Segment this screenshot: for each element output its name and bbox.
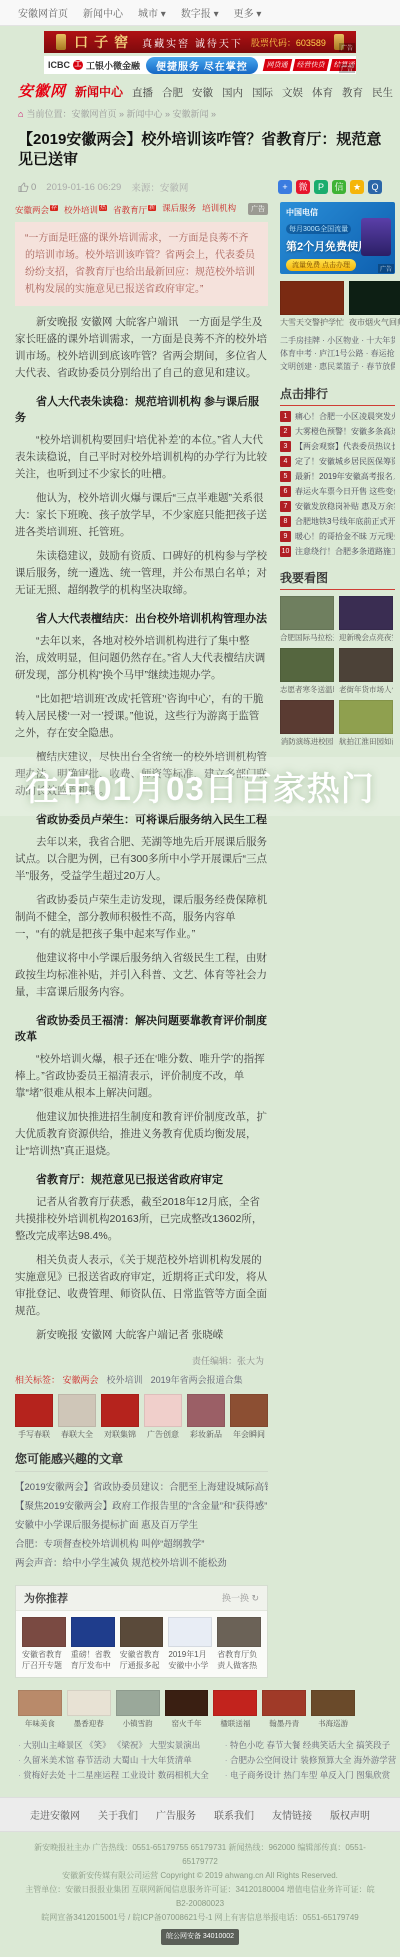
share-icon[interactable]: P — [314, 180, 328, 194]
ranking-item[interactable]: 2 大雾橙色预警！安徽多条高速临时封闭 — [280, 426, 395, 437]
bottom-link-row[interactable]: 大别山主峰景区 《笑》 《梁祝》 大型实景演出 — [18, 1738, 209, 1753]
rank-section-title: 点击排行 — [280, 385, 395, 406]
breadcrumb: ⌂当前位置：安徽网首页 » 新闻中心 » 安徽新闻 » — [0, 101, 400, 122]
thumbnail-caption: 手写春联 — [15, 1429, 53, 1440]
topbar-link[interactable]: 新闻中心 — [83, 5, 123, 20]
ranking-item[interactable]: 5 最新！2019年安徽高考报名人数超51万 — [280, 471, 395, 482]
video-thumbnail — [280, 281, 344, 315]
thumbnail-caption: 年味美食 — [18, 1718, 62, 1729]
recommend-item[interactable]: 省教育厅负责人做客热线回应热点话题 — [217, 1617, 261, 1671]
bottom-link-row[interactable]: 合肥办公空间设计 装修预算大全 海外游学营 — [225, 1753, 396, 1768]
article-subhead: 省人大代表檀结庆：出台校外培训机构管理办法 — [15, 610, 268, 626]
bottom-link-row[interactable]: 特色小吃 春节大餐 经典笑话大全 搞笑段子 — [225, 1738, 396, 1753]
ranking-item[interactable]: 9 暖心！的哥拾金不昧 万元现金物归原主 — [280, 531, 395, 542]
rank-number-badge: 3 — [280, 441, 291, 452]
ad-brand: 口子窖 — [74, 32, 134, 52]
tag-badge-icon: 荐 — [50, 205, 58, 211]
ad-slogan: 真藏实窖 诚待天下 — [142, 35, 243, 50]
thumbnail-image — [339, 648, 393, 682]
tag-badge-icon: 热 — [99, 205, 107, 211]
thumbnail-caption: 合肥国际马拉松开跑 — [280, 632, 334, 643]
thumbnail-image — [116, 1690, 160, 1716]
video-caption: 大雪天交警护学忙 — [280, 317, 344, 328]
bottom-photo-item[interactable]: 年味美食 — [18, 1690, 62, 1729]
sidebar-quick-links: 二手房挂牌 · 小区物业 · 十大年货清单体育中考 · 庐江1号公路 · 春运抢… — [280, 334, 395, 373]
sidebar-photo-item[interactable]: 航拍江淮田园如画 — [339, 700, 393, 747]
ad-product-tag: 经营快贷 — [293, 59, 330, 71]
bottom-photo-item[interactable]: 翰墨丹青 — [262, 1690, 306, 1729]
recommend-title: 为你推荐 — [24, 1590, 68, 1606]
telecom-logo: 中国电信 — [286, 207, 389, 218]
thumbnail-image — [230, 1394, 268, 1427]
topbar-link[interactable]: 数字报 ▾ — [181, 5, 219, 20]
copyright-line: 皖网宣备3412015001号 / 皖ICP备07008621号-1 网上有害信… — [22, 1911, 378, 1925]
article-paragraph: 新安晚报 安徽网 大皖客户端讯 一方面是学生及家长旺盛的课外培训需求，一方面是良… — [15, 314, 268, 382]
page-title: 【2019安徽两会】校外培训该咋管？省教育厅：规范意见已送审 — [18, 130, 382, 170]
share-icon[interactable]: 微 — [296, 180, 310, 194]
sidebar: 中国电信 每月300G全国流量 第2个月免费使用 流量免费 点击办理 广告 大雪… — [280, 202, 395, 1678]
publish-date: 2019-01-16 06:29 — [46, 182, 121, 193]
footer-nav-link[interactable]: 版权声明 — [330, 1807, 370, 1822]
bottom-links-left: 大别山主峰景区 《笑》 《梁祝》 大型实景演出久留米美术馆 春节活动 大蜀山 十… — [18, 1738, 209, 1783]
rank-number-badge: 8 — [280, 516, 291, 527]
thumbnail-image — [71, 1617, 115, 1647]
thumbnail-image — [187, 1394, 225, 1427]
rank-number-badge: 7 — [280, 501, 291, 512]
ad-cta-button[interactable]: 流量免费 点击办理 — [286, 259, 356, 271]
bottom-link-row[interactable]: 赏梅好去处 十二星座运程 工业设计 数码相机大全 — [18, 1768, 209, 1783]
thumbnail-caption: 老街年货市场人气旺 — [339, 684, 393, 695]
thumbnail-caption: 年会瞬间 — [230, 1429, 268, 1440]
article-subhead: 省政协委员王福清：解决问题要靠教育评价制度改革 — [15, 1012, 268, 1044]
thumbnail-caption: 广告创意 — [144, 1429, 182, 1440]
article-paragraph: 新安晚报 安徽网 大皖客户端记者 张晓嵘 — [15, 1327, 268, 1344]
video-item[interactable]: 夜市烟火气回归 — [349, 281, 400, 328]
article-paragraph: “校外培训机构要回归‘培优补差’的本位。”省人大代表朱读稳说，自己平时对校外培训… — [15, 432, 268, 483]
thumbnail-caption: 省教育厅负责人做客热线回应热点话题 — [217, 1649, 261, 1671]
share-icon[interactable]: ★ — [350, 180, 364, 194]
thumbnail-image — [213, 1690, 257, 1716]
tag-badge-icon: 新 — [148, 205, 156, 211]
article-paragraph: “校外培训火爆，根子还在‘唯分数、唯升学’的指挥棒上。”省政协委员王福清表示，评… — [15, 1051, 268, 1102]
bottom-photo-item[interactable]: 小镇雪韵 — [116, 1690, 160, 1729]
site-logo[interactable]: 安徽网 — [18, 80, 66, 101]
refresh-button[interactable]: 换一换 ↻ — [222, 1591, 259, 1604]
sidebar-photo-grid: 合肥国际马拉松开跑 迎新晚会点亮夜空 志愿者寒冬送温暖 老街年货 — [280, 596, 395, 747]
article-paragraph: 他建议将中小学课后服务纳入省级民生工程，由财政按生均标准补贴，并引入科普、文艺、… — [15, 950, 268, 1001]
article-subhead: 省教育厅：规范意见已报送省政府审定 — [15, 1171, 268, 1187]
bottom-photo-item[interactable]: 墨香迎春 — [67, 1690, 111, 1729]
rank-number-badge: 9 — [280, 531, 291, 542]
hot-tag-link[interactable]: 省教育厅新 — [113, 202, 156, 216]
ranking-item[interactable]: 6 春运火车票今日开售 这些变化要知道 — [280, 486, 395, 497]
gov-badge: 皖公网安备 34010002 — [161, 1929, 239, 1945]
news-center-link[interactable]: 新闻中心 — [75, 83, 123, 100]
article-body: 新安晚报 安徽网 大皖客户端讯 一方面是学生及家长旺盛的课外培训需求，一方面是良… — [15, 314, 268, 1344]
recommend-item[interactable]: 2019年1月安徽中小学寒假时间定了 — [168, 1617, 212, 1671]
article-paragraph: 他建议加快推进招生制度和教育评价制度改革，扩大优质教育资源供给，推进义务教育优质… — [15, 1109, 268, 1160]
thumbnail-image — [168, 1617, 212, 1647]
tag-ad-badge: 广告 — [248, 203, 268, 215]
ranking-item[interactable]: 7 安徽发放稳岗补贴 惠及万余家企业 — [280, 501, 395, 512]
related-tags-label: 相关标签： — [15, 1375, 60, 1385]
video-thumbnail — [349, 281, 400, 315]
rank-number-badge: 6 — [280, 486, 291, 497]
interest-section-title: 您可能感兴趣的文章 — [15, 1450, 268, 1472]
thumbnail-caption: 志愿者寒冬送温暖 — [280, 684, 334, 695]
ad-banner-kouzijiao[interactable]: 口子窖 真藏实窖 诚待天下 股票代码：603589 广告 — [44, 31, 356, 53]
recommend-card: 为你推荐 换一换 ↻ 安徽省教育厅召开专题会议部署近期重点工作 重磅！省教育厅发… — [15, 1585, 268, 1678]
bottom-links-right: 特色小吃 春节大餐 经典笑话大全 搞笑段子合肥办公空间设计 装修预算大全 海外游… — [225, 1738, 396, 1783]
nav-item[interactable]: 国际 — [252, 85, 273, 100]
sidebar-ad-telecom[interactable]: 中国电信 每月300G全国流量 第2个月免费使用 流量免费 点击办理 广告 — [280, 202, 395, 274]
related-photo-item[interactable]: 广告创意 — [144, 1394, 182, 1440]
ad-tag: 广告 — [378, 264, 394, 273]
nav-item[interactable]: 教育 — [342, 85, 363, 100]
page: 安徽网首页新闻中心城市 ▾数字报 ▾更多 ▾ 口子窖 真藏实窖 诚待天下 股票代… — [0, 0, 400, 1957]
footer-nav-link[interactable]: 联系我们 — [214, 1807, 254, 1822]
click-ranking-list: 1 痛心！合肥一小区凌晨突发火灾 多人紧急疏散 2 大雾橙色预警！安徽多条高速临… — [280, 411, 395, 557]
quick-link-row[interactable]: 文明创建 · 惠民菜篮子 · 春节放假 — [280, 360, 395, 373]
nav-item[interactable]: 体育 — [312, 85, 333, 100]
like-count: 0 — [31, 182, 36, 193]
copyright-block: 新安晚报社主办 广告热线：0551-65179755 65179731 新闻热线… — [0, 1832, 400, 1957]
article-meta: 0 2019-01-16 06:29 来源：安徽网 +微P信★Q — [0, 172, 400, 194]
recommend-item[interactable]: 重磅！省教育厅发布中小学招生入学最新通知 — [71, 1617, 115, 1671]
article-paragraph: 去年以来，我省合肥、芜湖等地先后开展课后服务试点。以合肥为例，已有300多所中小… — [15, 834, 268, 885]
related-photo-item[interactable]: 对联集锦 — [101, 1394, 139, 1440]
related-photo-item[interactable]: 春联大全 — [58, 1394, 96, 1440]
photos-section-title: 我要看图 — [280, 569, 395, 590]
ranking-item[interactable]: 3 【两会观察】代表委员热议长三角一体化 — [280, 441, 395, 452]
article-paragraph: 朱读稳建议，鼓励有资质、口碑好的机构参与学校课后服务，统一遴选、统一管理，并公布… — [15, 548, 268, 599]
ranking-item[interactable]: 8 合肥地铁3号线年底前正式开通运营 — [280, 516, 395, 527]
video-item[interactable]: 大雪天交警护学忙 — [280, 281, 344, 328]
ad-product-tag: 网贷通 — [263, 59, 293, 71]
hot-tag-link[interactable]: 培训机构 — [202, 202, 236, 216]
related-photo-strip: 手写春联 春联大全 对联集锦 广告创意 — [15, 1394, 268, 1440]
recommend-item[interactable]: 安徽省教育厅通报多起有偿补课典型问题 — [120, 1617, 164, 1671]
interest-list: 【2019安徽两会】省政协委员建议：合肥至上海建设城际高铁【聚焦2019安徽两会… — [15, 1478, 268, 1573]
ad-tag: 广告 — [339, 64, 355, 73]
sidebar-photo-item[interactable]: 迎新晚会点亮夜空 — [339, 596, 393, 643]
bottle-image — [56, 34, 66, 50]
share-icon[interactable]: + — [278, 180, 292, 194]
thumbnail-caption: 迎新晚会点亮夜空 — [339, 632, 393, 643]
nav-item[interactable]: 文娱 — [282, 85, 303, 100]
thumbnail-image — [18, 1690, 62, 1716]
hot-tag-link[interactable]: 课后服务 — [162, 202, 196, 216]
share-bar: +微P信★Q — [278, 180, 382, 194]
ad-tag: 广告 — [339, 43, 355, 52]
related-photo-item[interactable]: 彩妆新品 — [187, 1394, 225, 1440]
quick-link-row[interactable]: 二手房挂牌 · 小区物业 · 十大年货清单 — [280, 334, 395, 347]
thumbnail-caption: 书海巡游 — [311, 1718, 355, 1729]
thumbnail-image — [120, 1617, 164, 1647]
thumbnail-caption: 重磅！省教育厅发布中小学招生入学最新通知 — [71, 1649, 115, 1671]
related-tags-line: 相关标签： 安徽两会校外培训2019年省两会报道合集 — [15, 1373, 268, 1386]
thumbnail-caption: 小镇雪韵 — [116, 1718, 160, 1729]
thumbnail-image — [311, 1690, 355, 1716]
interest-article-link[interactable]: 合肥：专项督查校外培训机构 叫停“超纲教学” — [15, 1535, 268, 1554]
thumbnail-image — [165, 1690, 209, 1716]
nav-item[interactable]: 合肥 — [162, 85, 183, 100]
article-paragraph: 相关负责人表示，《关于规范校外培训机构发展的实施意见》已报送省政府审定，近期将正… — [15, 1252, 268, 1320]
article-paragraph: 记者从省教育厅获悉，截至2018年12月底，全省共摸排校外培训机构20163所，… — [15, 1194, 268, 1245]
video-caption: 夜市烟火气回归 — [349, 317, 400, 328]
topbar-link[interactable]: 城市 ▾ — [138, 5, 166, 20]
share-icon[interactable]: Q — [368, 180, 382, 194]
icbc-logo: ICBC 工 工银小微金融 — [48, 59, 140, 72]
bottom-link-row[interactable]: 电子商务设计 热门车型 单反入门 图集欣赏 — [225, 1768, 396, 1783]
interest-article-link[interactable]: 【聚焦2019安徽两会】政府工作报告里的“含金量”和“获得感” — [15, 1497, 268, 1516]
article-paragraph: 他认为，校外培训火爆与课后“三点半难题”关系很大：家长下班晚、孩子放学早，不少家… — [15, 490, 268, 541]
quick-link-row[interactable]: 体育中考 · 庐江1号公路 · 春运抢票 — [280, 347, 395, 360]
footer-nav-link[interactable]: 走进安徽网 — [30, 1807, 80, 1822]
article-source: 来源：安徽网 — [131, 180, 188, 194]
like-button[interactable]: 0 — [18, 182, 36, 193]
footer-nav-link[interactable]: 关于我们 — [98, 1807, 138, 1822]
footer-nav: 走进安徽网关于我们广告服务联系我们友情链接版权声明 — [0, 1797, 400, 1832]
nav-item[interactable]: 民生 — [372, 85, 393, 100]
thumbnail-image — [280, 648, 334, 682]
topbar-link[interactable]: 安徽网首页 — [18, 5, 68, 20]
related-photo-item[interactable]: 手写春联 — [15, 1394, 53, 1440]
article-paragraph: 省政协委员卢荣生走访发现，课后服务经费保障机制尚不健全，部分教师积极性不高，服务… — [15, 892, 268, 943]
thumbnail-image — [339, 596, 393, 630]
date-watermark-overlay: 往年01月03日百家热门 — [0, 757, 400, 816]
thumbnail-image — [15, 1394, 53, 1427]
icbc-icon: 工 — [73, 60, 83, 70]
hot-tag-link[interactable]: 校外培训热 — [64, 202, 107, 216]
nav-item[interactable]: 安徽 — [192, 85, 213, 100]
thumbnail-image — [280, 700, 334, 734]
hot-tag-link[interactable]: 安徽两会荐 — [15, 202, 58, 216]
thumbnail-caption: 2019年1月安徽中小学寒假时间定了 — [168, 1649, 212, 1671]
rank-number-badge: 10 — [280, 546, 291, 557]
sidebar-photo-item[interactable]: 合肥国际马拉松开跑 — [280, 596, 334, 643]
ranking-item[interactable]: 1 痛心！合肥一小区凌晨突发火灾 多人紧急疏散 — [280, 411, 395, 422]
share-icon[interactable]: 信 — [332, 180, 346, 194]
ad-line1: 每月300G全国流量 — [286, 224, 351, 234]
thumbnail-image — [58, 1394, 96, 1427]
phone-image — [361, 218, 391, 256]
article-paragraph: “比如把‘培训班’改成‘托管班’‘咨询中心’，有的干脆转入居民楼‘一对一’授课。… — [15, 691, 268, 742]
thumbnail-caption: 翰墨丹青 — [262, 1718, 306, 1729]
recommend-item[interactable]: 安徽省教育厅召开专题会议部署近期重点工作 — [22, 1617, 66, 1671]
sidebar-photo-item[interactable]: 志愿者寒冬送温暖 — [280, 648, 334, 695]
thumbnail-image — [339, 700, 393, 734]
rank-number-badge: 5 — [280, 471, 291, 482]
rank-number-badge: 2 — [280, 426, 291, 437]
article-lead-quote: “一方面是旺盛的课外培训需求，一方面是良莠不齐的培训市场。校外培训该咋管？省两会… — [15, 222, 268, 306]
thumbnail-caption: 墨香迎春 — [67, 1718, 111, 1729]
related-tag-link[interactable]: 2019年省两会报道合集 — [151, 1375, 243, 1385]
sidebar-photo-item[interactable]: 消防演练进校园 — [280, 700, 334, 747]
thumbnail-image — [22, 1617, 66, 1647]
related-photo-item[interactable]: 年会瞬间 — [230, 1394, 268, 1440]
editor-line: 责任编辑：张大为 — [15, 1354, 264, 1367]
top-utility-bar: 安徽网首页新闻中心城市 ▾数字报 ▾更多 ▾ — [0, 0, 400, 26]
ad-banner-icbc[interactable]: ICBC 工 工银小微金融 便捷服务 尽在掌控 网贷通经营快贷结算通 小微金融 … — [44, 56, 356, 74]
sidebar-videos: 大雪天交警护学忙 夜市烟火气回归 — [280, 281, 395, 328]
thumbnail-image — [67, 1690, 111, 1716]
thumbnail-caption: 对联集锦 — [101, 1429, 139, 1440]
interest-article-link[interactable]: 两会声音：给中小学生减负 规范校外培训不能松劲 — [15, 1554, 268, 1573]
topbar-link[interactable]: 更多 ▾ — [234, 5, 262, 20]
thumbnail-image — [262, 1690, 306, 1716]
thumbnail-image — [280, 596, 334, 630]
thumbnail-caption: 楹联送福 — [213, 1718, 257, 1729]
thumbnail-image — [144, 1394, 182, 1427]
nav-menu: 直播合肥安徽国内国际文娱体育教育民生经济专题 — [132, 85, 400, 100]
footer-nav-link[interactable]: 友情链接 — [272, 1807, 312, 1822]
hot-tag-row: 安徽两会荐校外培训热省教育厅新课后服务培训机构中小学生规范意见民生工程两会声音 … — [15, 202, 268, 216]
bottom-link-lists: 大别山主峰景区 《笑》 《梁祝》 大型实景演出久留米美术馆 春节活动 大蜀山 十… — [0, 1729, 400, 1787]
bottom-photo-item[interactable]: 楹联送福 — [213, 1690, 257, 1729]
article-paragraph: “去年以来，各地对校外培训机构进行了集中整治，成效明显，但问题仍然存在。”省人大… — [15, 633, 268, 684]
related-tag-link[interactable]: 校外培训 — [107, 1375, 143, 1385]
related-tag-link[interactable]: 安徽两会 — [63, 1375, 99, 1385]
ranking-item[interactable]: 10 注意绕行！合肥多条道路施工 公交调整 — [280, 546, 395, 557]
bottom-photo-item[interactable]: 窑火千年 — [165, 1690, 209, 1729]
thumbnail-caption: 安徽省教育厅召开专题会议部署近期重点工作 — [22, 1649, 66, 1671]
bottom-photo-strip: 年味美食 墨香迎春 小镇雪韵 窑火千年 楹联送福 — [0, 1678, 400, 1729]
footer-nav-link[interactable]: 广告服务 — [156, 1807, 196, 1822]
copyright-line: 主管单位：安徽日报报业集团 互联网新闻信息服务许可证：34120180004 增… — [22, 1883, 378, 1911]
thumbnail-caption: 航拍江淮田园如画 — [339, 736, 393, 747]
nav-item[interactable]: 国内 — [222, 85, 243, 100]
rank-number-badge: 1 — [280, 411, 291, 422]
site-nav: 安徽网 新闻中心 直播合肥安徽国内国际文娱体育教育民生经济专题 — [18, 80, 356, 101]
ad-slogan: 便捷服务 尽在掌控 — [146, 57, 258, 74]
home-icon[interactable]: ⌂ — [18, 109, 23, 119]
nav-item[interactable]: 直播 — [132, 85, 153, 100]
interest-article-link[interactable]: 安徽中小学课后服务提标扩面 惠及百万学生 — [15, 1516, 268, 1535]
thumbnail-image — [217, 1617, 261, 1647]
sidebar-photo-item[interactable]: 老街年货市场人气旺 — [339, 648, 393, 695]
thumbnail-caption: 安徽省教育厅通报多起有偿补课典型问题 — [120, 1649, 164, 1671]
thumbs-up-icon — [18, 182, 29, 193]
copyright-line: 安徽新安传媒有限公司运营 Copyright © 2019 ahwang.cn … — [22, 1869, 378, 1883]
thumbnail-image — [101, 1394, 139, 1427]
thumbnail-caption: 彩妆新品 — [187, 1429, 225, 1440]
ad-stock-code: 股票代码：603589 — [251, 36, 326, 49]
bottom-link-row[interactable]: 久留米美术馆 春节活动 大蜀山 十大年货清单 — [18, 1753, 209, 1768]
article-subhead: 省人大代表朱读稳：规范培训机构 参与课后服务 — [15, 393, 268, 425]
ranking-item[interactable]: 4 定了！安徽城乡居民医保筹资标准再提高 — [280, 456, 395, 467]
article-column: 安徽两会荐校外培训热省教育厅新课后服务培训机构中小学生规范意见民生工程两会声音 … — [15, 202, 268, 1678]
thumbnail-caption: 消防演练进校园 — [280, 736, 334, 747]
thumbnail-caption: 春联大全 — [58, 1429, 96, 1440]
copyright-line: 新安晚报社主办 广告热线：0551-65179755 65179731 新闻热线… — [22, 1841, 378, 1869]
rank-number-badge: 4 — [280, 456, 291, 467]
bottom-photo-item[interactable]: 书海巡游 — [311, 1690, 355, 1729]
interest-article-link[interactable]: 【2019安徽两会】省政协委员建议：合肥至上海建设城际高铁 — [15, 1478, 268, 1497]
thumbnail-caption: 窑火千年 — [165, 1718, 209, 1729]
